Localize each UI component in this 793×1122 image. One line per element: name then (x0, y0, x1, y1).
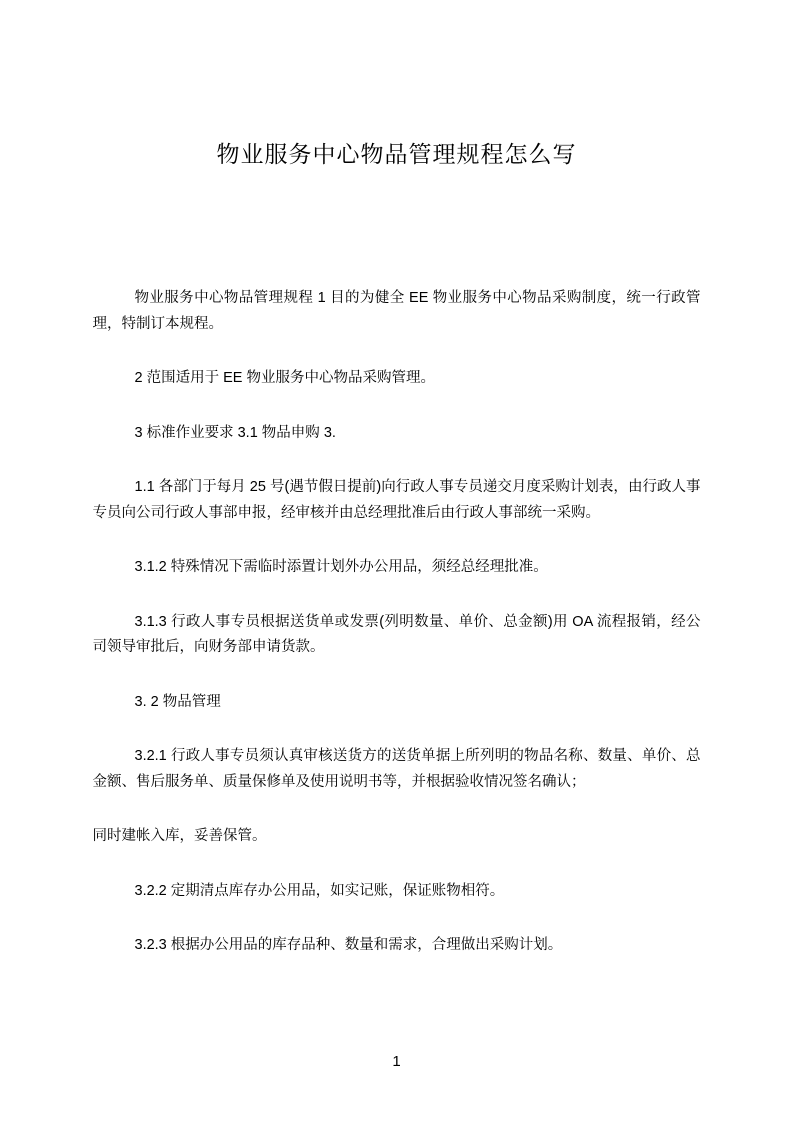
paragraph-scope: 2 范围适用于 EE 物业服务中心物品采购管理。 (93, 366, 701, 392)
paragraph-3-2-2: 3.2.2 定期清点库存办公用品，如实记账，保证账物相符。 (93, 879, 701, 905)
paragraph-3-2-1-cont: 同时建帐入库，妥善保管。 (93, 824, 701, 850)
page-title: 物业服务中心物品管理规程怎么写 (0, 0, 793, 169)
document-body: 物业服务中心物品管理规程 1 目的为健全 EE 物业服务中心物品采购制度，统一行… (93, 286, 701, 959)
paragraph-3-2-1: 3.2.1 行政人事专员须认真审核送货方的送货单据上所列明的物品名称、数量、单价… (93, 744, 701, 795)
paragraph-3-2-heading: 3. 2 物品管理 (93, 690, 701, 716)
paragraph-3-1-3: 3.1.3 行政人事专员根据送货单或发票(列明数量、单价、总金额)用 OA 流程… (93, 610, 701, 661)
document-page: 物业服务中心物品管理规程怎么写 物业服务中心物品管理规程 1 目的为健全 EE … (0, 0, 793, 1122)
paragraph-standards: 3 标准作业要求 3.1 物品申购 3. (93, 421, 701, 447)
paragraph-purpose: 物业服务中心物品管理规程 1 目的为健全 EE 物业服务中心物品采购制度，统一行… (93, 286, 701, 337)
page-number: 1 (0, 1052, 793, 1072)
paragraph-3-2-3: 3.2.3 根据办公用品的库存品种、数量和需求，合理做出采购计划。 (93, 933, 701, 959)
paragraph-1-1: 1.1 各部门于每月 25 号(遇节假日提前)向行政人事专员递交月度采购计划表，… (93, 475, 701, 526)
paragraph-3-1-2: 3.1.2 特殊情况下需临时添置计划外办公用品，须经总经理批准。 (93, 555, 701, 581)
